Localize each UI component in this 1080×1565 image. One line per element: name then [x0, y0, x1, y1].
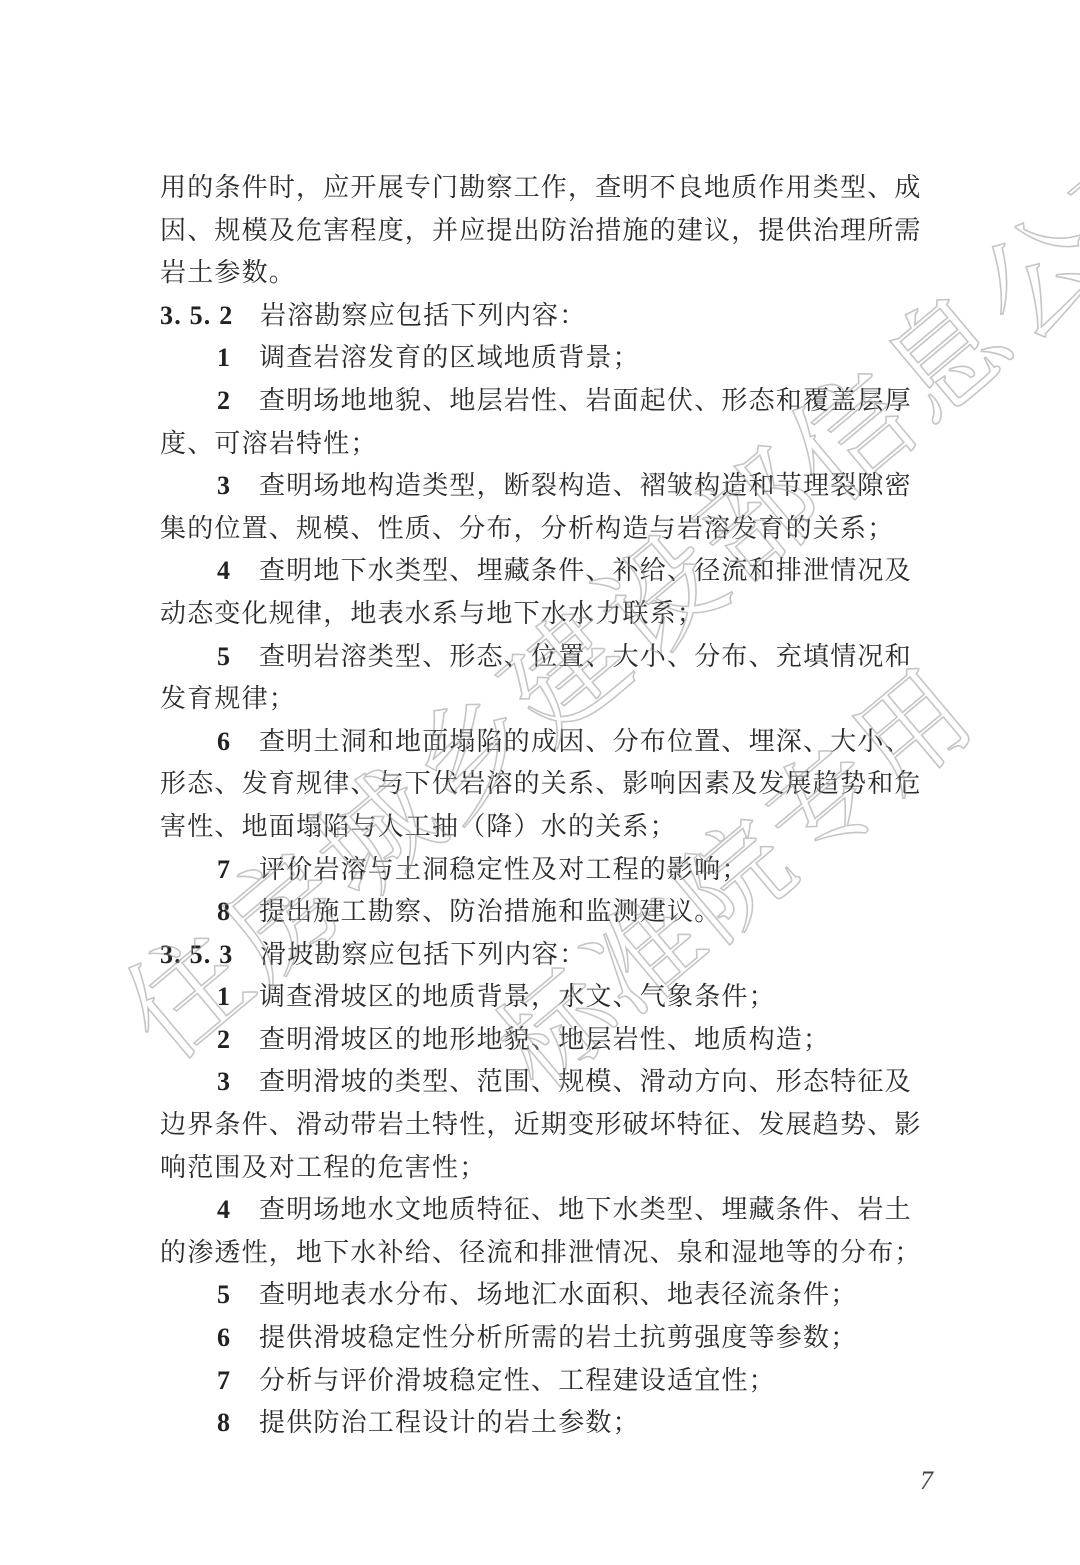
- list-item: 2查明滑坡区的地形地貌、地层岩性、地质构造；: [160, 1019, 960, 1062]
- line-text: 用的条件时，应开展专门勘察工作，查明不良地质作用类型、成: [160, 173, 922, 203]
- line-text: 响范围及对工程的危害性；: [160, 1153, 486, 1183]
- list-item: 7评价岩溶与土洞稳定性及对工程的影响；: [160, 849, 960, 892]
- item-number: 8: [217, 891, 259, 934]
- line-text: 因、规模及危害程度，并应提出防治措施的建议，提供治理所需: [160, 216, 922, 246]
- list-item: 7分析与评价滑坡稳定性、工程建设适宜性；: [160, 1360, 960, 1403]
- item-number: 4: [217, 1189, 259, 1232]
- item-number: 1: [217, 976, 259, 1019]
- item-number: 1: [217, 337, 259, 380]
- text-line: 动态变化规律，地表水系与地下水水力联系；: [160, 593, 960, 636]
- line-text: 发育规律；: [160, 684, 296, 714]
- line-text: 形态、发育规律、与下伏岩溶的关系、影响因素及发展趋势和危: [160, 769, 922, 799]
- text-line: 的渗透性，地下水补给、径流和排泄情况、泉和湿地等的分布；: [160, 1232, 960, 1275]
- text-line: 害性、地面塌陷与人工抽（降）水的关系；: [160, 806, 960, 849]
- list-item: 3查明滑坡的类型、范围、规模、滑动方向、形态特征及: [160, 1061, 960, 1104]
- section-title: 滑坡勘察应包括下列内容：: [260, 940, 586, 970]
- section-number: 3. 5. 2: [160, 295, 260, 338]
- page-number: 7: [920, 1466, 933, 1496]
- item-text: 调查岩溶发育的区域地质背景；: [259, 343, 640, 373]
- item-number: 5: [217, 1274, 259, 1317]
- list-item: 4查明场地水文地质特征、地下水类型、埋藏条件、岩土: [160, 1189, 960, 1232]
- item-number: 2: [217, 1019, 259, 1062]
- item-text: 评价岩溶与土洞稳定性及对工程的影响；: [259, 855, 749, 885]
- item-number: 8: [217, 1402, 259, 1445]
- list-item: 2查明场地地貌、地层岩性、岩面起伏、形态和覆盖层厚: [160, 380, 960, 423]
- text-line: 形态、发育规律、与下伏岩溶的关系、影响因素及发展趋势和危: [160, 763, 960, 806]
- item-number: 7: [217, 849, 259, 892]
- item-text: 提供滑坡稳定性分析所需的岩土抗剪强度等参数；: [259, 1323, 857, 1353]
- item-text: 查明土洞和地面塌陷的成因、分布位置、埋深、大小、: [259, 727, 912, 757]
- item-number: 6: [217, 1317, 259, 1360]
- item-number: 7: [217, 1360, 259, 1403]
- section-heading-3-5-2: 3. 5. 2岩溶勘察应包括下列内容：: [160, 295, 960, 338]
- item-text: 提出施工勘察、防治措施和监测建议。: [259, 897, 721, 927]
- list-item: 5查明地表水分布、场地汇水面积、地表径流条件；: [160, 1274, 960, 1317]
- text-line: 因、规模及危害程度，并应提出防治措施的建议，提供治理所需: [160, 210, 960, 253]
- item-number: 3: [217, 1061, 259, 1104]
- list-item: 4查明地下水类型、埋藏条件、补给、径流和排泄情况及: [160, 550, 960, 593]
- item-number: 3: [217, 465, 259, 508]
- body-text: 用的条件时，应开展专门勘察工作，查明不良地质作用类型、成 因、规模及危害程度，并…: [160, 167, 960, 1445]
- document-page: 用的条件时，应开展专门勘察工作，查明不良地质作用类型、成 因、规模及危害程度，并…: [0, 0, 1080, 1565]
- list-item: 1调查岩溶发育的区域地质背景；: [160, 337, 960, 380]
- text-line: 用的条件时，应开展专门勘察工作，查明不良地质作用类型、成: [160, 167, 960, 210]
- item-text: 查明场地地貌、地层岩性、岩面起伏、形态和覆盖层厚: [259, 386, 912, 416]
- item-text: 查明场地构造类型，断裂构造、褶皱构造和节理裂隙密: [259, 471, 912, 501]
- list-item: 8提出施工勘察、防治措施和监测建议。: [160, 891, 960, 934]
- list-item: 3查明场地构造类型，断裂构造、褶皱构造和节理裂隙密: [160, 465, 960, 508]
- text-line: 边界条件、滑动带岩土特性，近期变形破坏特征、发展趋势、影: [160, 1104, 960, 1147]
- line-text: 的渗透性，地下水补给、径流和排泄情况、泉和湿地等的分布；: [160, 1238, 922, 1268]
- line-text: 岩土参数。: [160, 258, 296, 288]
- text-line: 发育规律；: [160, 678, 960, 721]
- text-line: 岩土参数。: [160, 252, 960, 295]
- section-heading-3-5-3: 3. 5. 3滑坡勘察应包括下列内容：: [160, 934, 960, 977]
- item-text: 查明滑坡的类型、范围、规模、滑动方向、形态特征及: [259, 1067, 912, 1097]
- item-text: 分析与评价滑坡稳定性、工程建设适宜性；: [259, 1366, 776, 1396]
- item-text: 查明场地水文地质特征、地下水类型、埋藏条件、岩土: [259, 1195, 912, 1225]
- list-item: 6查明土洞和地面塌陷的成因、分布位置、埋深、大小、: [160, 721, 960, 764]
- list-item: 5查明岩溶类型、形态、位置、大小、分布、充填情况和: [160, 636, 960, 679]
- line-text: 度、可溶岩特性；: [160, 429, 378, 459]
- line-text: 害性、地面塌陷与人工抽（降）水的关系；: [160, 812, 677, 842]
- item-text: 提供防治工程设计的岩土参数；: [259, 1408, 640, 1438]
- section-number: 3. 5. 3: [160, 934, 260, 977]
- list-item: 6提供滑坡稳定性分析所需的岩土抗剪强度等参数；: [160, 1317, 960, 1360]
- line-text: 动态变化规律，地表水系与地下水水力联系；: [160, 599, 704, 629]
- item-text: 查明地表水分布、场地汇水面积、地表径流条件；: [259, 1280, 857, 1310]
- text-line: 度、可溶岩特性；: [160, 423, 960, 466]
- item-number: 4: [217, 550, 259, 593]
- item-text: 查明地下水类型、埋藏条件、补给、径流和排泄情况及: [259, 556, 912, 586]
- item-text: 查明岩溶类型、形态、位置、大小、分布、充填情况和: [259, 642, 912, 672]
- item-number: 6: [217, 721, 259, 764]
- line-text: 集的位置、规模、性质、分布，分析构造与岩溶发育的关系；: [160, 514, 894, 544]
- item-text: 查明滑坡区的地形地貌、地层岩性、地质构造；: [259, 1025, 830, 1055]
- list-item: 1调查滑坡区的地质背景，水文、气象条件；: [160, 976, 960, 1019]
- line-text: 边界条件、滑动带岩土特性，近期变形破坏特征、发展趋势、影: [160, 1110, 922, 1140]
- text-line: 集的位置、规模、性质、分布，分析构造与岩溶发育的关系；: [160, 508, 960, 551]
- item-number: 5: [217, 636, 259, 679]
- item-number: 2: [217, 380, 259, 423]
- item-text: 调查滑坡区的地质背景，水文、气象条件；: [259, 982, 776, 1012]
- section-title: 岩溶勘察应包括下列内容：: [260, 301, 586, 331]
- text-line: 响范围及对工程的危害性；: [160, 1147, 960, 1190]
- list-item: 8提供防治工程设计的岩土参数；: [160, 1402, 960, 1445]
